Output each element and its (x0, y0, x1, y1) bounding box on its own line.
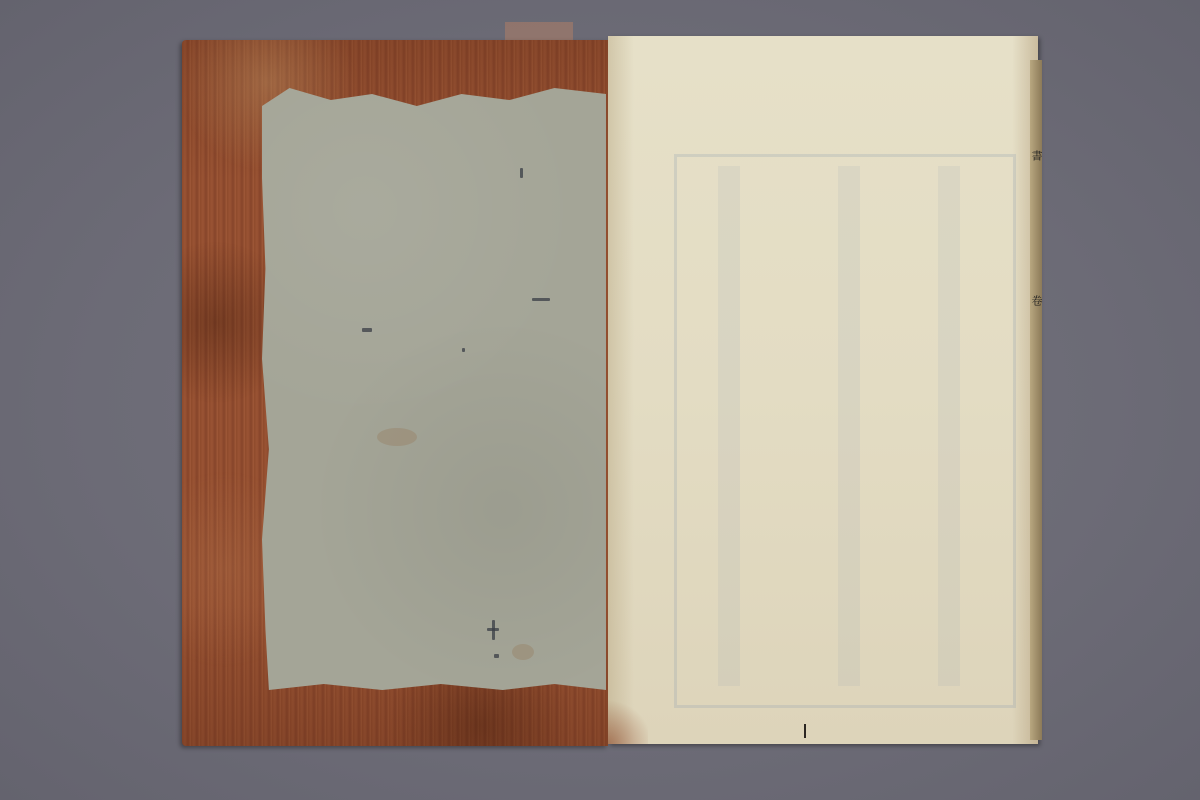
show-through-column (838, 166, 860, 686)
paper-fiber (462, 348, 465, 352)
ink-mark (494, 654, 499, 658)
show-through-column (938, 166, 960, 686)
corner-stain (608, 696, 648, 744)
paper-tab (505, 22, 573, 42)
edge-characters: 書 (1032, 150, 1042, 161)
paper-fiber (362, 328, 372, 332)
paper-fiber (520, 168, 523, 178)
fore-edge (1030, 60, 1042, 740)
show-through-column (718, 166, 740, 686)
paper-fiber (532, 298, 550, 301)
stain (377, 428, 417, 446)
ink-mark (487, 628, 499, 631)
first-leaf (608, 36, 1038, 744)
edge-characters: 卷 (1032, 295, 1042, 306)
edge-tear (804, 724, 806, 738)
stain (512, 644, 534, 660)
open-book: 書 卷 (0, 0, 1200, 800)
grey-endpaper (262, 88, 606, 690)
